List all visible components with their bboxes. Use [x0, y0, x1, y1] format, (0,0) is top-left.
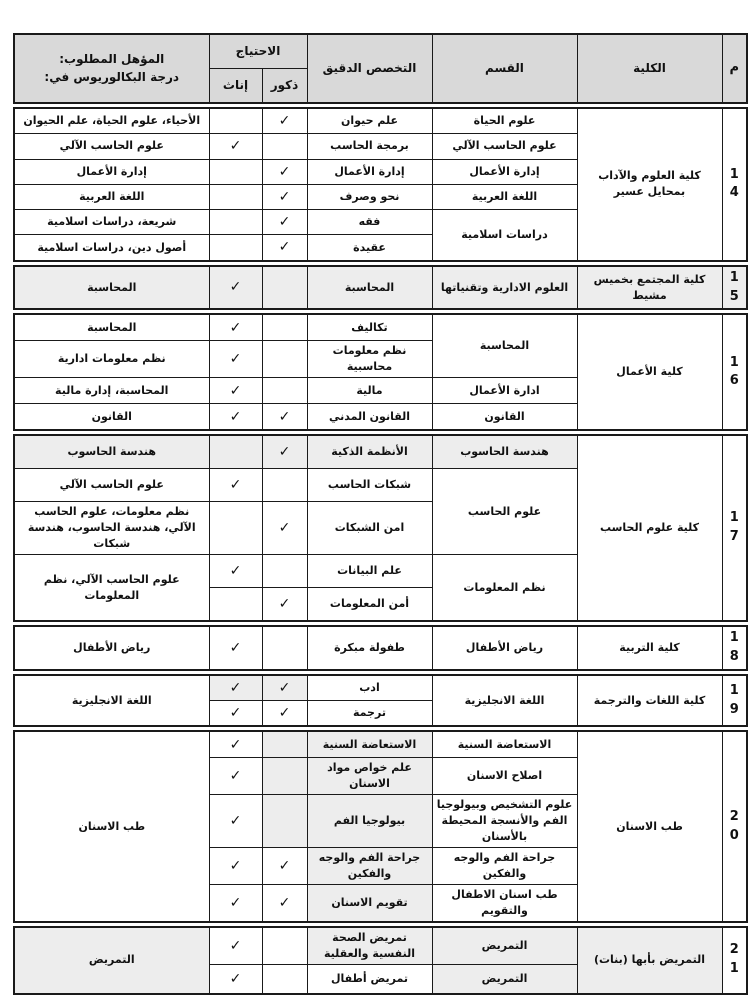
female-need-cell [209, 210, 262, 235]
qualification-cell: هندسة الحاسوب [14, 435, 209, 469]
check-icon: ✓ [230, 971, 242, 987]
department-cell: الاستعاضة السنية [432, 731, 577, 758]
female-need-cell [209, 108, 262, 134]
specialization-cell: القانون المدني [307, 404, 432, 431]
table-row: 17كلية علوم الحاسبهندسة الحاسوبالأنظمة ا… [14, 435, 747, 469]
qualification-cell: علوم الحاسب الآلي، نظم المعلومات [14, 555, 209, 622]
female-need-cell: ✓ [209, 731, 262, 758]
male-need-cell [262, 266, 307, 310]
department-cell: التمريض [432, 927, 577, 964]
check-icon: ✓ [230, 477, 242, 493]
female-need-cell: ✓ [209, 341, 262, 378]
male-need-cell: ✓ [262, 404, 307, 431]
specialization-cell: فقه [307, 210, 432, 235]
female-need-cell: ✓ [209, 626, 262, 670]
college-cell: كلية التربية [577, 626, 722, 670]
department-cell: اللغة الانجليزية [432, 675, 577, 727]
check-icon: ✓ [230, 409, 242, 425]
specialization-cell: علم حيوان [307, 108, 432, 134]
department-cell: علوم التشخيص وبيولوجيا الفم والأنسجة الم… [432, 795, 577, 848]
check-icon: ✓ [279, 895, 291, 911]
female-need-cell: ✓ [209, 795, 262, 848]
table-row: 21التمريض بأبها (بنات)التمريضتمريض الصحة… [14, 927, 747, 964]
specialization-cell: علم البيانات [307, 555, 432, 588]
department-cell: اللغة العربية [432, 184, 577, 209]
department-cell: المحاسبة [432, 314, 577, 377]
male-need-cell: ✓ [262, 588, 307, 622]
qualification-cell: المحاسبة [14, 314, 209, 341]
check-icon: ✓ [279, 239, 291, 255]
row-number-cell: 17 [722, 435, 747, 621]
section-table-18: 18كلية التربيةرياض الأطفالطفولة مبكرة✓ري… [13, 625, 748, 671]
department-cell: إدارة الأعمال [432, 159, 577, 184]
row-number-cell: 19 [722, 675, 747, 727]
specialization-cell: إدارة الأعمال [307, 159, 432, 184]
check-icon: ✓ [279, 596, 291, 612]
row-number-cell: 15 [722, 266, 747, 310]
department-cell: دراسات اسلامية [432, 210, 577, 261]
header-female: إناث [209, 69, 262, 104]
specialization-cell: نظم معلومات محاسبية [307, 341, 432, 378]
department-cell: رياض الأطفال [432, 626, 577, 670]
college-cell: كلية المجتمع بخميس مشيط [577, 266, 722, 310]
header-qualification-line2: درجة البكالوريوس في: [19, 69, 205, 86]
male-need-cell: ✓ [262, 502, 307, 555]
header-qualification-line1: المؤهل المطلوب: [19, 51, 205, 68]
college-cell: كلية اللغات والترجمة [577, 675, 722, 727]
specialization-cell: تمريض أطفال [307, 964, 432, 994]
specialization-cell: تقويم الاسنان [307, 885, 432, 922]
department-cell: علوم الحياة [432, 108, 577, 134]
table-row: 15كلية المجتمع بخميس مشيطالعلوم الادارية… [14, 266, 747, 310]
qualification-cell: إدارة الأعمال [14, 159, 209, 184]
male-need-cell: ✓ [262, 701, 307, 727]
male-need-cell: ✓ [262, 848, 307, 885]
male-need-cell: ✓ [262, 675, 307, 701]
check-icon: ✓ [230, 383, 242, 399]
header-need: الاحتياج [209, 34, 307, 69]
specialization-cell: طفولة مبكرة [307, 626, 432, 670]
female-need-cell: ✓ [209, 758, 262, 795]
specialization-cell: ترجمة [307, 701, 432, 727]
qualification-cell: المحاسبة [14, 266, 209, 310]
male-need-cell: ✓ [262, 184, 307, 209]
header-specialization: التخصص الدقيق [307, 34, 432, 103]
qualification-cell: رياض الأطفال [14, 626, 209, 670]
male-need-cell: ✓ [262, 235, 307, 261]
male-need-cell [262, 964, 307, 994]
table-row: 18كلية التربيةرياض الأطفالطفولة مبكرة✓ري… [14, 626, 747, 670]
male-need-cell: ✓ [262, 210, 307, 235]
table-row: 14كلية العلوم والآداب بمحايل عسيرعلوم ال… [14, 108, 747, 134]
specialization-cell: تمريض الصحة النفسية والعقلية [307, 927, 432, 964]
qualification-cell: اللغة الانجليزية [14, 675, 209, 727]
male-need-cell [262, 378, 307, 404]
check-icon: ✓ [279, 520, 291, 536]
college-cell: طب الاسنان [577, 731, 722, 921]
female-need-cell [209, 435, 262, 469]
qualification-cell: القانون [14, 404, 209, 431]
college-cell: كلية العلوم والآداب بمحايل عسير [577, 108, 722, 261]
female-need-cell: ✓ [209, 848, 262, 885]
check-icon: ✓ [279, 214, 291, 230]
male-need-cell: ✓ [262, 159, 307, 184]
check-icon: ✓ [230, 813, 242, 829]
qualification-cell: شريعة، دراسات اسلامية [14, 210, 209, 235]
male-need-cell [262, 134, 307, 159]
department-cell: اصلاح الاسنان [432, 758, 577, 795]
department-cell: نظم المعلومات [432, 555, 577, 622]
table-row: 16كلية الأعمالالمحاسبةتكاليف✓المحاسبة [14, 314, 747, 341]
department-cell: جراحة الفم والوجه والفكين [432, 848, 577, 885]
college-cell: كلية الأعمال [577, 314, 722, 430]
header-department: القسم [432, 34, 577, 103]
section-table-14: 14كلية العلوم والآداب بمحايل عسيرعلوم ال… [13, 107, 748, 262]
male-need-cell [262, 927, 307, 964]
section-table-16: 16كلية الأعمالالمحاسبةتكاليف✓المحاسبةنظم… [13, 313, 748, 431]
specialization-cell: برمجة الحاسب [307, 134, 432, 159]
department-cell: ادارة الأعمال [432, 378, 577, 404]
department-cell: علوم الحاسب الآلي [432, 134, 577, 159]
female-need-cell [209, 159, 262, 184]
check-icon: ✓ [279, 858, 291, 874]
specialization-cell: بيولوجيا الفم [307, 795, 432, 848]
department-cell: التمريض [432, 964, 577, 994]
female-need-cell: ✓ [209, 469, 262, 502]
male-need-cell [262, 341, 307, 378]
college-cell: كلية علوم الحاسب [577, 435, 722, 621]
qualification-cell: نظم معلومات ادارية [14, 341, 209, 378]
check-icon: ✓ [230, 895, 242, 911]
female-need-cell: ✓ [209, 964, 262, 994]
check-icon: ✓ [279, 164, 291, 180]
specialization-cell: الأنظمة الذكية [307, 435, 432, 469]
section-table-21: 21التمريض بأبها (بنات)التمريضتمريض الصحة… [13, 926, 748, 995]
header-qualification: المؤهل المطلوب: درجة البكالوريوس في: [14, 34, 209, 103]
section-table-20: 20طب الاسنانالاستعاضة السنيةالاستعاضة ال… [13, 730, 748, 922]
female-need-cell: ✓ [209, 701, 262, 727]
table-row: 19كلية اللغات والترجمةاللغة الانجليزيةاد… [14, 675, 747, 701]
row-number-cell: 21 [722, 927, 747, 994]
female-need-cell: ✓ [209, 927, 262, 964]
male-need-cell [262, 758, 307, 795]
male-need-cell: ✓ [262, 885, 307, 922]
male-need-cell [262, 555, 307, 588]
row-number-cell: 14 [722, 108, 747, 261]
check-icon: ✓ [230, 858, 242, 874]
female-need-cell: ✓ [209, 134, 262, 159]
male-need-cell [262, 731, 307, 758]
qualification-cell: التمريض [14, 927, 209, 994]
specialization-cell: مالية [307, 378, 432, 404]
female-need-cell: ✓ [209, 314, 262, 341]
male-need-cell [262, 626, 307, 670]
female-need-cell: ✓ [209, 404, 262, 431]
check-icon: ✓ [279, 189, 291, 205]
qualification-cell: طب الاسنان [14, 731, 209, 921]
department-cell: القانون [432, 404, 577, 431]
check-icon: ✓ [230, 737, 242, 753]
specialization-cell: نحو وصرف [307, 184, 432, 209]
specialization-cell: عقيدة [307, 235, 432, 261]
check-icon: ✓ [230, 768, 242, 784]
header-male: ذكور [262, 69, 307, 104]
male-need-cell [262, 314, 307, 341]
row-number-cell: 16 [722, 314, 747, 430]
male-need-cell [262, 795, 307, 848]
qualification-cell: أصول دين، دراسات اسلامية [14, 235, 209, 261]
section-table-19: 19كلية اللغات والترجمةاللغة الانجليزيةاد… [13, 674, 748, 728]
qualification-cell: اللغة العربية [14, 184, 209, 209]
check-icon: ✓ [230, 640, 242, 656]
female-need-cell: ✓ [209, 266, 262, 310]
male-need-cell: ✓ [262, 435, 307, 469]
check-icon: ✓ [279, 680, 291, 696]
female-need-cell [209, 502, 262, 555]
header-college: الكلية [577, 34, 722, 103]
document-page: م الكلية القسم التخصص الدقيق الاحتياج ال… [15, 33, 748, 995]
check-icon: ✓ [279, 113, 291, 129]
header-num: م [722, 34, 747, 103]
college-cell: التمريض بأبها (بنات) [577, 927, 722, 994]
department-cell: هندسة الحاسوب [432, 435, 577, 469]
check-icon: ✓ [230, 705, 242, 721]
qualification-cell: علوم الحاسب الآلي [14, 134, 209, 159]
specialization-cell: علم خواص مواد الاسنان [307, 758, 432, 795]
specialization-cell: أمن المعلومات [307, 588, 432, 622]
table-body-sections: 14كلية العلوم والآداب بمحايل عسيرعلوم ال… [15, 107, 748, 995]
department-cell: العلوم الادارية وتقنياتها [432, 266, 577, 310]
check-icon: ✓ [230, 320, 242, 336]
department-cell: علوم الحاسب [432, 469, 577, 555]
specialization-cell: شبكات الحاسب [307, 469, 432, 502]
qualification-cell: علوم الحاسب الآلي [14, 469, 209, 502]
female-need-cell [209, 588, 262, 622]
header-row-top: م الكلية القسم التخصص الدقيق الاحتياج ال… [14, 34, 747, 69]
female-need-cell: ✓ [209, 555, 262, 588]
qualification-cell: الأحياء، علوم الحياة، علم الحيوان [14, 108, 209, 134]
specialization-cell: الاستعاضة السنية [307, 731, 432, 758]
specialization-cell: ادب [307, 675, 432, 701]
female-need-cell: ✓ [209, 675, 262, 701]
specialization-cell: امن الشبكات [307, 502, 432, 555]
check-icon: ✓ [279, 705, 291, 721]
female-need-cell: ✓ [209, 885, 262, 922]
specialization-cell: جراحة الفم والوجه والفكين [307, 848, 432, 885]
check-icon: ✓ [279, 409, 291, 425]
qualification-cell: نظم معلومات، علوم الحاسب الآلي، هندسة ال… [14, 502, 209, 555]
table-header: م الكلية القسم التخصص الدقيق الاحتياج ال… [13, 33, 748, 104]
section-table-17: 17كلية علوم الحاسبهندسة الحاسوبالأنظمة ا… [13, 434, 748, 622]
specialization-cell: تكاليف [307, 314, 432, 341]
check-icon: ✓ [230, 279, 242, 295]
female-need-cell: ✓ [209, 378, 262, 404]
section-table-15: 15كلية المجتمع بخميس مشيطالعلوم الادارية… [13, 265, 748, 311]
department-cell: طب اسنان الاطفال والتقويم [432, 885, 577, 922]
female-need-cell [209, 184, 262, 209]
specialization-cell: المحاسبة [307, 266, 432, 310]
row-number-cell: 20 [722, 731, 747, 921]
check-icon: ✓ [279, 444, 291, 460]
check-icon: ✓ [230, 138, 242, 154]
check-icon: ✓ [230, 563, 242, 579]
female-need-cell [209, 235, 262, 261]
male-need-cell: ✓ [262, 108, 307, 134]
check-icon: ✓ [230, 938, 242, 954]
table-row: 20طب الاسنانالاستعاضة السنيةالاستعاضة ال… [14, 731, 747, 758]
row-number-cell: 18 [722, 626, 747, 670]
check-icon: ✓ [230, 680, 242, 696]
qualification-cell: المحاسبة، إدارة مالية [14, 378, 209, 404]
male-need-cell [262, 469, 307, 502]
check-icon: ✓ [230, 351, 242, 367]
